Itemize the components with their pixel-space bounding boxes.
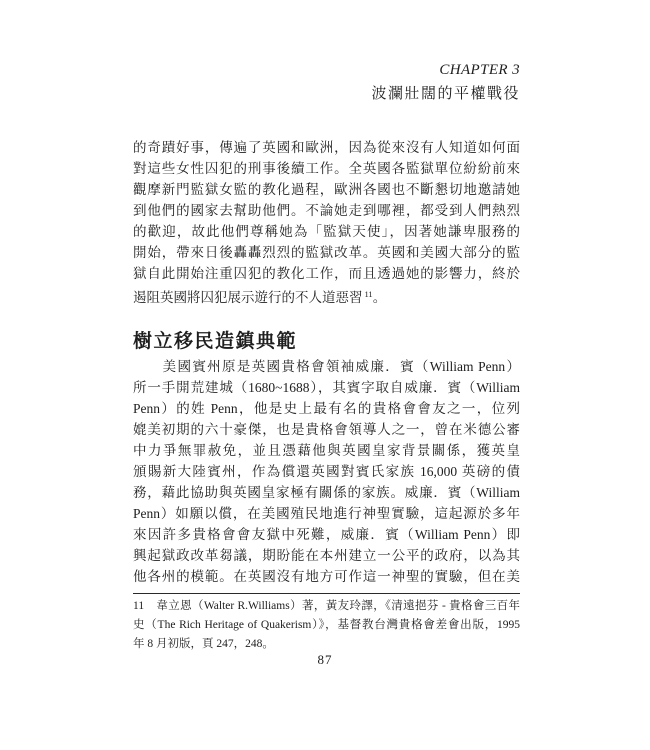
chapter-title: 波瀾壯闊的平權戰役 [133, 82, 520, 103]
text-fragment: 遏阻英國將囚犯展示遊行的不人道惡習 [133, 290, 363, 305]
text-column: 的奇蹟好事，傳遍了英國和歐洲，因為從來沒有人知道如何面 對這些女性囚犯的刑事後續… [133, 137, 520, 654]
footnote-reference: 11 [365, 289, 373, 299]
footnote-line: 11 韋立恩（Walter R.Williams）著，黃友玲譯，《清遠挹芬 - … [133, 597, 520, 616]
text-line: 中力爭無罪赦免，並且憑藉他與英國皇家背景關係，獲英皇 [133, 440, 520, 461]
text-line: 到他們的國家去幫助他們。不論她走到哪裡，都受到人們熱烈 [133, 200, 520, 221]
footnote: 11 韋立恩（Walter R.Williams）著，黃友玲譯，《清遠挹芬 - … [133, 597, 520, 654]
text-line: 對這些女性囚犯的刑事後續工作。全英國各監獄單位紛紛前來 [133, 158, 520, 179]
text-line: 媲美初期的六十豪傑，也是貴格會領導人之一，曾在米德公審 [133, 419, 520, 440]
text-line: Penn）的姓 Penn，他是史上最有名的貴格會會友之一，位列 [133, 398, 520, 419]
text-line: 開始，帶來日後轟轟烈烈的監獄改革。英國和美國大部分的監 [133, 242, 520, 263]
footnote-line: 史（The Rich Heritage of Quakerism）》，基督教台灣… [133, 616, 520, 635]
text-line: 頒賜新大陸賓州，作為償還英國對賓氏家族 16,000 英磅的債 [133, 461, 520, 482]
text-line: 觀摩新門監獄女監的教化過程，歐洲各國也不斷懇切地邀請她 [133, 179, 520, 200]
text-line: 興起獄政改革芻議，期盼能在本州建立一公平的政府，以為其 [133, 545, 520, 566]
running-head: CHAPTER 3 波瀾壯闊的平權戰役 [133, 62, 520, 103]
footnote-divider [133, 593, 520, 594]
text-line: 遏阻英國將囚犯展示遊行的不人道惡習11。 [133, 284, 520, 308]
paragraph-1: 的奇蹟好事，傳遍了英國和歐洲，因為從來沒有人知道如何面 對這些女性囚犯的刑事後續… [133, 137, 520, 308]
text-line: 美國賓州原是英國貴格會領袖威廉．賓（William Penn） [133, 356, 520, 377]
text-line: 務，藉此協助與英國皇家極有關係的家族。威廉．賓（William [133, 482, 520, 503]
chapter-label: CHAPTER 3 [133, 62, 520, 79]
book-page: CHAPTER 3 波瀾壯闊的平權戰役 的奇蹟好事，傳遍了英國和歐洲，因為從來沒… [0, 0, 650, 750]
text-fragment: 。 [373, 290, 387, 305]
text-line: Penn）如願以償，在美國殖民地進行神聖實驗，這起源於多年 [133, 503, 520, 524]
paragraph-2: 美國賓州原是英國貴格會領袖威廉．賓（William Penn） 所一手開荒建城（… [133, 356, 520, 587]
text-line: 的歡迎，故此他們尊稱她為「監獄天使」，因著她謙卑服務的 [133, 221, 520, 242]
text-line: 獄自此開始注重囚犯的教化工作，而且透過她的影響力，終於 [133, 263, 520, 284]
text-line: 的奇蹟好事，傳遍了英國和歐洲，因為從來沒有人知道如何面 [133, 137, 520, 158]
section-heading: 樹立移民造鎮典範 [133, 328, 520, 355]
text-line: 來因許多貴格會會友獄中死難，威廉．賓（William Penn）即 [133, 524, 520, 545]
page-number: 87 [0, 652, 650, 668]
text-line: 他各州的模範。在英國沒有地方可作這一神聖的實驗，但在美 [133, 566, 520, 587]
text-line: 所一手開荒建城（1680~1688），其賓字取自威廉．賓（William [133, 377, 520, 398]
